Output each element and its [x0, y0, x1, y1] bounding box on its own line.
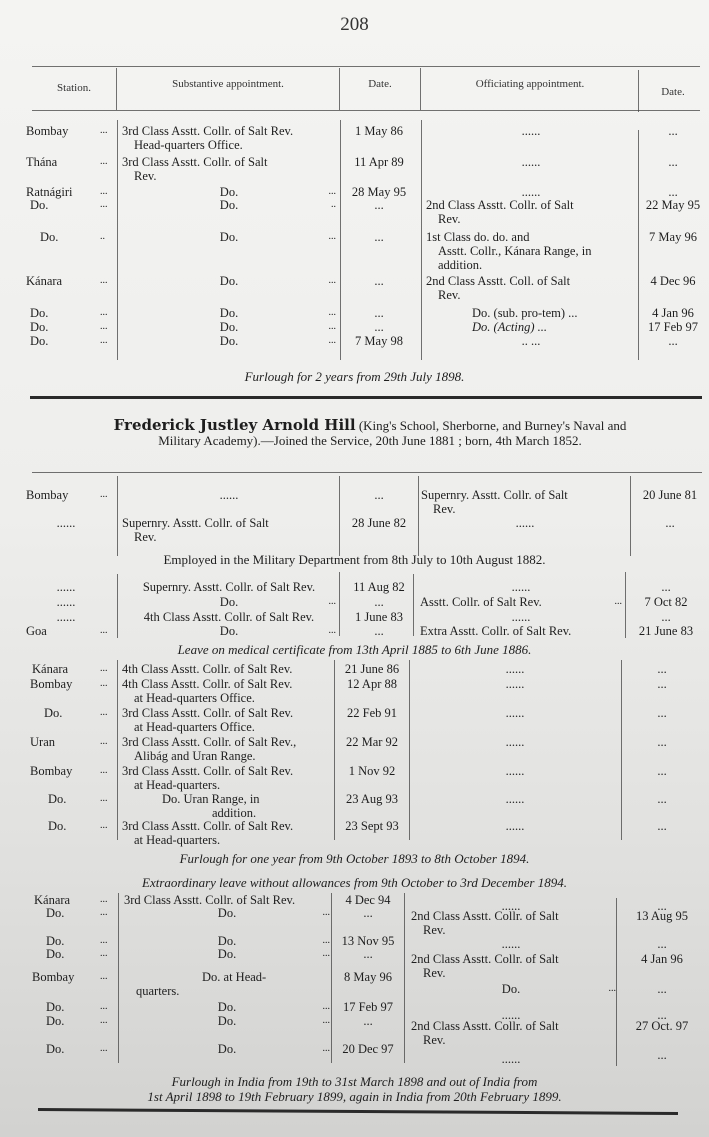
station: ......	[26, 595, 106, 609]
officer-name: Frederick Justley Arnold Hill	[114, 416, 356, 434]
station: Bombay	[30, 764, 100, 778]
officer-details: (King's School, Sherborne, and Burney's …	[359, 418, 627, 433]
leader-dots: ...	[100, 488, 116, 502]
officiating-date: ...	[618, 1048, 706, 1062]
officiating-date: 21 June 83	[626, 624, 706, 638]
column-divider	[117, 120, 118, 360]
officiating-appointment: ......	[418, 610, 624, 624]
officiating-date: 20 June 81	[632, 488, 708, 502]
leader-dots: ...	[100, 906, 116, 920]
column-divider	[404, 893, 405, 1063]
officiating-date: ...	[622, 677, 702, 691]
officiating-date: ...	[618, 937, 706, 951]
officiating-appointment: ......	[410, 764, 620, 778]
date: ...	[340, 274, 418, 288]
column-divider	[118, 893, 119, 1063]
header-divider	[420, 68, 421, 110]
column-divider	[630, 476, 631, 556]
substantive-appointment: Supernry. Asstt. Collr. of Salt Rev.	[122, 580, 336, 594]
substantive-appointment: Do....	[124, 1042, 330, 1056]
date: 4 Dec 94	[332, 893, 404, 907]
date: 17 Feb 97	[332, 1000, 404, 1014]
leader-dots: ...	[100, 764, 116, 778]
substantive-appointment: 4th Class Asstt. Collr. of Salt Rev.	[122, 662, 332, 676]
date: 8 May 96	[332, 970, 404, 984]
officiating-appointment: ......	[410, 662, 620, 676]
officiating-date: 4 Dec 96	[640, 274, 706, 288]
header-divider	[339, 68, 340, 110]
station: Bombay	[32, 970, 102, 984]
column-divider	[117, 660, 118, 840]
page-bottom-rule	[38, 1108, 678, 1115]
officiating-date: 22 May 95	[640, 198, 706, 212]
officiating-appointment: 2nd Class Asstt. Collr. of SaltRev.	[411, 909, 615, 937]
date: 1 May 86	[340, 124, 418, 138]
substantive-appointment: Do....	[122, 334, 336, 348]
column-header-officiating: Officiating appointment.	[422, 78, 638, 90]
furlough-note: Furlough for 2 years from 29th July 1898…	[0, 369, 709, 385]
date: 23 Aug 93	[335, 792, 409, 806]
station: Bombay	[26, 124, 96, 138]
date: 1 June 83	[340, 610, 418, 624]
leader-dots: ...	[100, 735, 116, 749]
date: 28 May 95	[340, 185, 418, 199]
station: Kánara	[26, 274, 96, 288]
station: Bombay	[30, 677, 100, 691]
substantive-appointment: Do...	[122, 198, 336, 212]
station: Ratnágiri	[26, 185, 96, 199]
substantive-appointment: ......	[122, 488, 336, 502]
leader-dots: ...	[100, 792, 116, 806]
officiating-appointment: .. ...	[426, 334, 636, 348]
date: 11 Aug 82	[340, 580, 418, 594]
substantive-appointment: 3rd Class Asstt. Collr. of Salt Rev.at H…	[122, 764, 332, 792]
substantive-appointment: 3rd Class Asstt. Collr. of Salt Rev.at H…	[122, 706, 332, 734]
leader-dots: ...	[100, 893, 116, 907]
extraordinary-leave-note: Extraordinary leave without allowances f…	[0, 875, 709, 891]
station: Kánara	[32, 662, 102, 676]
officiating-date: ...	[622, 735, 702, 749]
section2-top-rule	[32, 472, 702, 473]
date: ...	[340, 306, 418, 320]
leader-dots: ...	[100, 947, 116, 961]
officiating-date: 7 May 96	[640, 230, 706, 244]
medical-leave-note: Leave on medical certificate from 13th A…	[0, 642, 709, 658]
military-department-note: Employed in the Military Department from…	[0, 552, 709, 568]
officer-biography: Frederick Justley Arnold Hill (King's Sc…	[70, 418, 670, 448]
officiating-appointment: ......	[410, 792, 620, 806]
substantive-appointment: 3rd Class Asstt. Collr. of Salt Rev.,Ali…	[122, 735, 332, 763]
date: 22 Feb 91	[335, 706, 409, 720]
substantive-appointment: Do....	[124, 934, 330, 948]
date: ...	[340, 230, 418, 244]
leader-dots: ...	[100, 1000, 116, 1014]
date: 20 Dec 97	[332, 1042, 404, 1056]
leader-dots: ...	[100, 198, 116, 212]
officiating-date: ...	[640, 155, 706, 169]
column-header-date-2: Date.	[640, 86, 706, 98]
header-divider	[116, 68, 117, 110]
header-top-rule	[32, 66, 700, 67]
substantive-appointment: Do....	[122, 595, 336, 609]
officiating-appointment: ......	[426, 124, 636, 138]
station: Do.	[26, 230, 110, 244]
column-header-date: Date.	[340, 78, 420, 90]
date: ...	[340, 595, 418, 609]
leader-dots: ...	[100, 320, 116, 334]
leader-dots: ...	[100, 185, 116, 199]
column-divider	[418, 476, 419, 556]
officiating-date: 13 Aug 95	[618, 909, 706, 923]
officiating-date: ...	[622, 792, 702, 806]
leader-dots: ...	[100, 662, 116, 676]
leader-dots: ...	[100, 306, 116, 320]
leader-dots: ...	[100, 706, 116, 720]
officiating-date: ...	[632, 516, 708, 530]
officiating-date: ...	[622, 819, 702, 833]
officiating-date: ...	[622, 764, 702, 778]
column-divider	[421, 120, 422, 360]
date: 21 June 86	[335, 662, 409, 676]
leader-dots: ...	[100, 274, 116, 288]
header-divider	[638, 70, 639, 112]
officiating-date: ...	[622, 662, 702, 676]
officer-details-2: Military Academy).—Joined the Service, 2…	[158, 433, 582, 448]
officiating-date: ...	[618, 982, 706, 996]
officiating-appointment: Supernry. Asstt. Collr. of SaltRev.	[421, 488, 629, 516]
substantive-appointment: Do....	[122, 274, 336, 288]
leader-dots: ...	[100, 124, 116, 138]
station: Do.	[26, 334, 100, 348]
officiating-date: 17 Feb 97	[640, 320, 706, 334]
substantive-appointment: 3rd Class Asstt. Collr. of Salt Rev.at H…	[122, 819, 332, 847]
station: Thána	[26, 155, 96, 169]
officiating-appointment: ......	[406, 937, 616, 951]
station: Kánara	[34, 893, 104, 907]
final-furlough-note: Furlough in India from 19th to 31st Marc…	[0, 1074, 709, 1104]
column-divider	[616, 898, 617, 1066]
officiating-appointment: Do. (sub. pro-tem) ...	[426, 306, 636, 320]
column-header-station: Station.	[32, 82, 116, 94]
officiating-appointment: 2nd Class Asstt. Coll. of SaltRev.	[426, 274, 636, 302]
officiating-appointment: 1st Class do. do. andAsstt. Collr., Kána…	[426, 230, 636, 272]
station: Uran	[30, 735, 100, 749]
date: ...	[340, 624, 418, 638]
officiating-appointment: 2nd Class Asstt. Collr. of SaltRev.	[411, 1019, 615, 1047]
substantive-appointment: Do....	[124, 947, 330, 961]
date: ...	[340, 488, 418, 502]
page-number: 208	[0, 14, 709, 36]
officiating-date: 4 Jan 96	[618, 952, 706, 966]
substantive-appointment: 3rd Class Asstt. Collr. of Salt Rev.Head…	[122, 124, 336, 152]
leader-dots: ...	[100, 155, 116, 169]
date: ...	[332, 947, 404, 961]
officiating-date: ...	[640, 124, 706, 138]
officiating-date: 27 Oct. 97	[618, 1019, 706, 1033]
leader-dots: ...	[100, 1042, 116, 1056]
substantive-appointment: Do....	[122, 230, 336, 244]
officiating-date: ...	[626, 580, 706, 594]
officiating-appointment: ......	[426, 185, 636, 199]
date: 1 Nov 92	[335, 764, 409, 778]
officiating-appointment: ......	[410, 706, 620, 720]
officiating-appointment: ......	[426, 155, 636, 169]
substantive-appointment: Do....	[122, 320, 336, 334]
date: ...	[332, 1014, 404, 1028]
station: Do.	[26, 198, 100, 212]
column-header-substantive: Substantive appointment.	[118, 78, 338, 90]
substantive-appointment: Supernry. Asstt. Collr. of SaltRev.	[122, 516, 336, 544]
officiating-appointment: 2nd Class Asstt. Collr. of SaltRev.	[411, 952, 615, 980]
leader-dots: ...	[100, 1014, 116, 1028]
substantive-appointment: Do....	[124, 906, 330, 920]
officiating-date: ...	[622, 706, 702, 720]
date: 13 Nov 95	[332, 934, 404, 948]
leader-dots: ...	[100, 624, 116, 638]
substantive-appointment: Do....	[124, 1000, 330, 1014]
header-bottom-rule	[32, 110, 700, 111]
column-divider	[117, 476, 118, 556]
column-divider	[117, 574, 118, 638]
date: ...	[332, 906, 404, 920]
station: Bombay	[26, 488, 96, 502]
officiating-appointment: ......	[410, 735, 620, 749]
officiating-date: 4 Jan 96	[640, 306, 706, 320]
station: Goa	[26, 624, 96, 638]
officiating-appointment: ......	[421, 516, 629, 530]
substantive-appointment: 4th Class Asstt. Collr. of Salt Rev.	[122, 610, 336, 624]
date: 22 Mar 92	[335, 735, 409, 749]
leader-dots: ...	[100, 677, 116, 691]
substantive-appointment: 3rd Class Asstt. Collr. of SaltRev.	[122, 155, 336, 183]
officiating-appointment: 2nd Class Asstt. Collr. of SaltRev.	[426, 198, 636, 226]
officiating-date: ...	[626, 610, 706, 624]
leader-dots: ...	[100, 970, 116, 984]
leader-dots: ...	[100, 934, 116, 948]
substantive-appointment: Do....	[124, 1014, 330, 1028]
substantive-appointment: Do....	[122, 624, 336, 638]
date: 12 Apr 88	[335, 677, 409, 691]
date: ...	[340, 198, 418, 212]
officiating-appointment: Do. (Acting) ...	[426, 320, 636, 334]
officiating-appointment: Extra Asstt. Collr. of Salt Rev.	[420, 624, 624, 638]
officiating-appointment: ......	[406, 1052, 616, 1066]
date: 28 June 82	[340, 516, 418, 530]
station: ......	[26, 516, 106, 530]
furlough-note: Furlough for one year from 9th October 1…	[0, 851, 709, 867]
leader-dots: ...	[100, 819, 116, 833]
station: Do.	[26, 320, 100, 334]
officiating-date: ...	[640, 185, 706, 199]
section-divider	[30, 396, 702, 399]
column-divider	[638, 130, 639, 360]
substantive-appointment: Do. at Head-quarters.	[124, 970, 330, 998]
officiating-appointment: Do....	[406, 982, 616, 996]
date: 7 May 98	[340, 334, 418, 348]
leader-dots: ..	[100, 230, 116, 244]
station: ......	[26, 610, 106, 624]
leader-dots: ...	[100, 334, 116, 348]
officiating-appointment: ......	[410, 677, 620, 691]
station: ......	[26, 580, 106, 594]
date: 23 Sept 93	[335, 819, 409, 833]
substantive-appointment: 4th Class Asstt. Collr. of Salt Rev.at H…	[122, 677, 332, 705]
officiating-date: ...	[640, 334, 706, 348]
date: 11 Apr 89	[340, 155, 418, 169]
officiating-date: 7 Oct 82	[626, 595, 706, 609]
date: ...	[340, 320, 418, 334]
substantive-appointment: Do....	[122, 185, 336, 199]
substantive-appointment: Do. Uran Range, inaddition.	[122, 792, 332, 820]
officiating-appointment: Asstt. Collr. of Salt Rev....	[420, 595, 622, 609]
officiating-appointment: ......	[410, 819, 620, 833]
station: Do.	[26, 306, 100, 320]
substantive-appointment: 3rd Class Asstt. Collr. of Salt Rev.	[124, 893, 330, 907]
substantive-appointment: Do....	[122, 306, 336, 320]
officiating-appointment: ......	[418, 580, 624, 594]
